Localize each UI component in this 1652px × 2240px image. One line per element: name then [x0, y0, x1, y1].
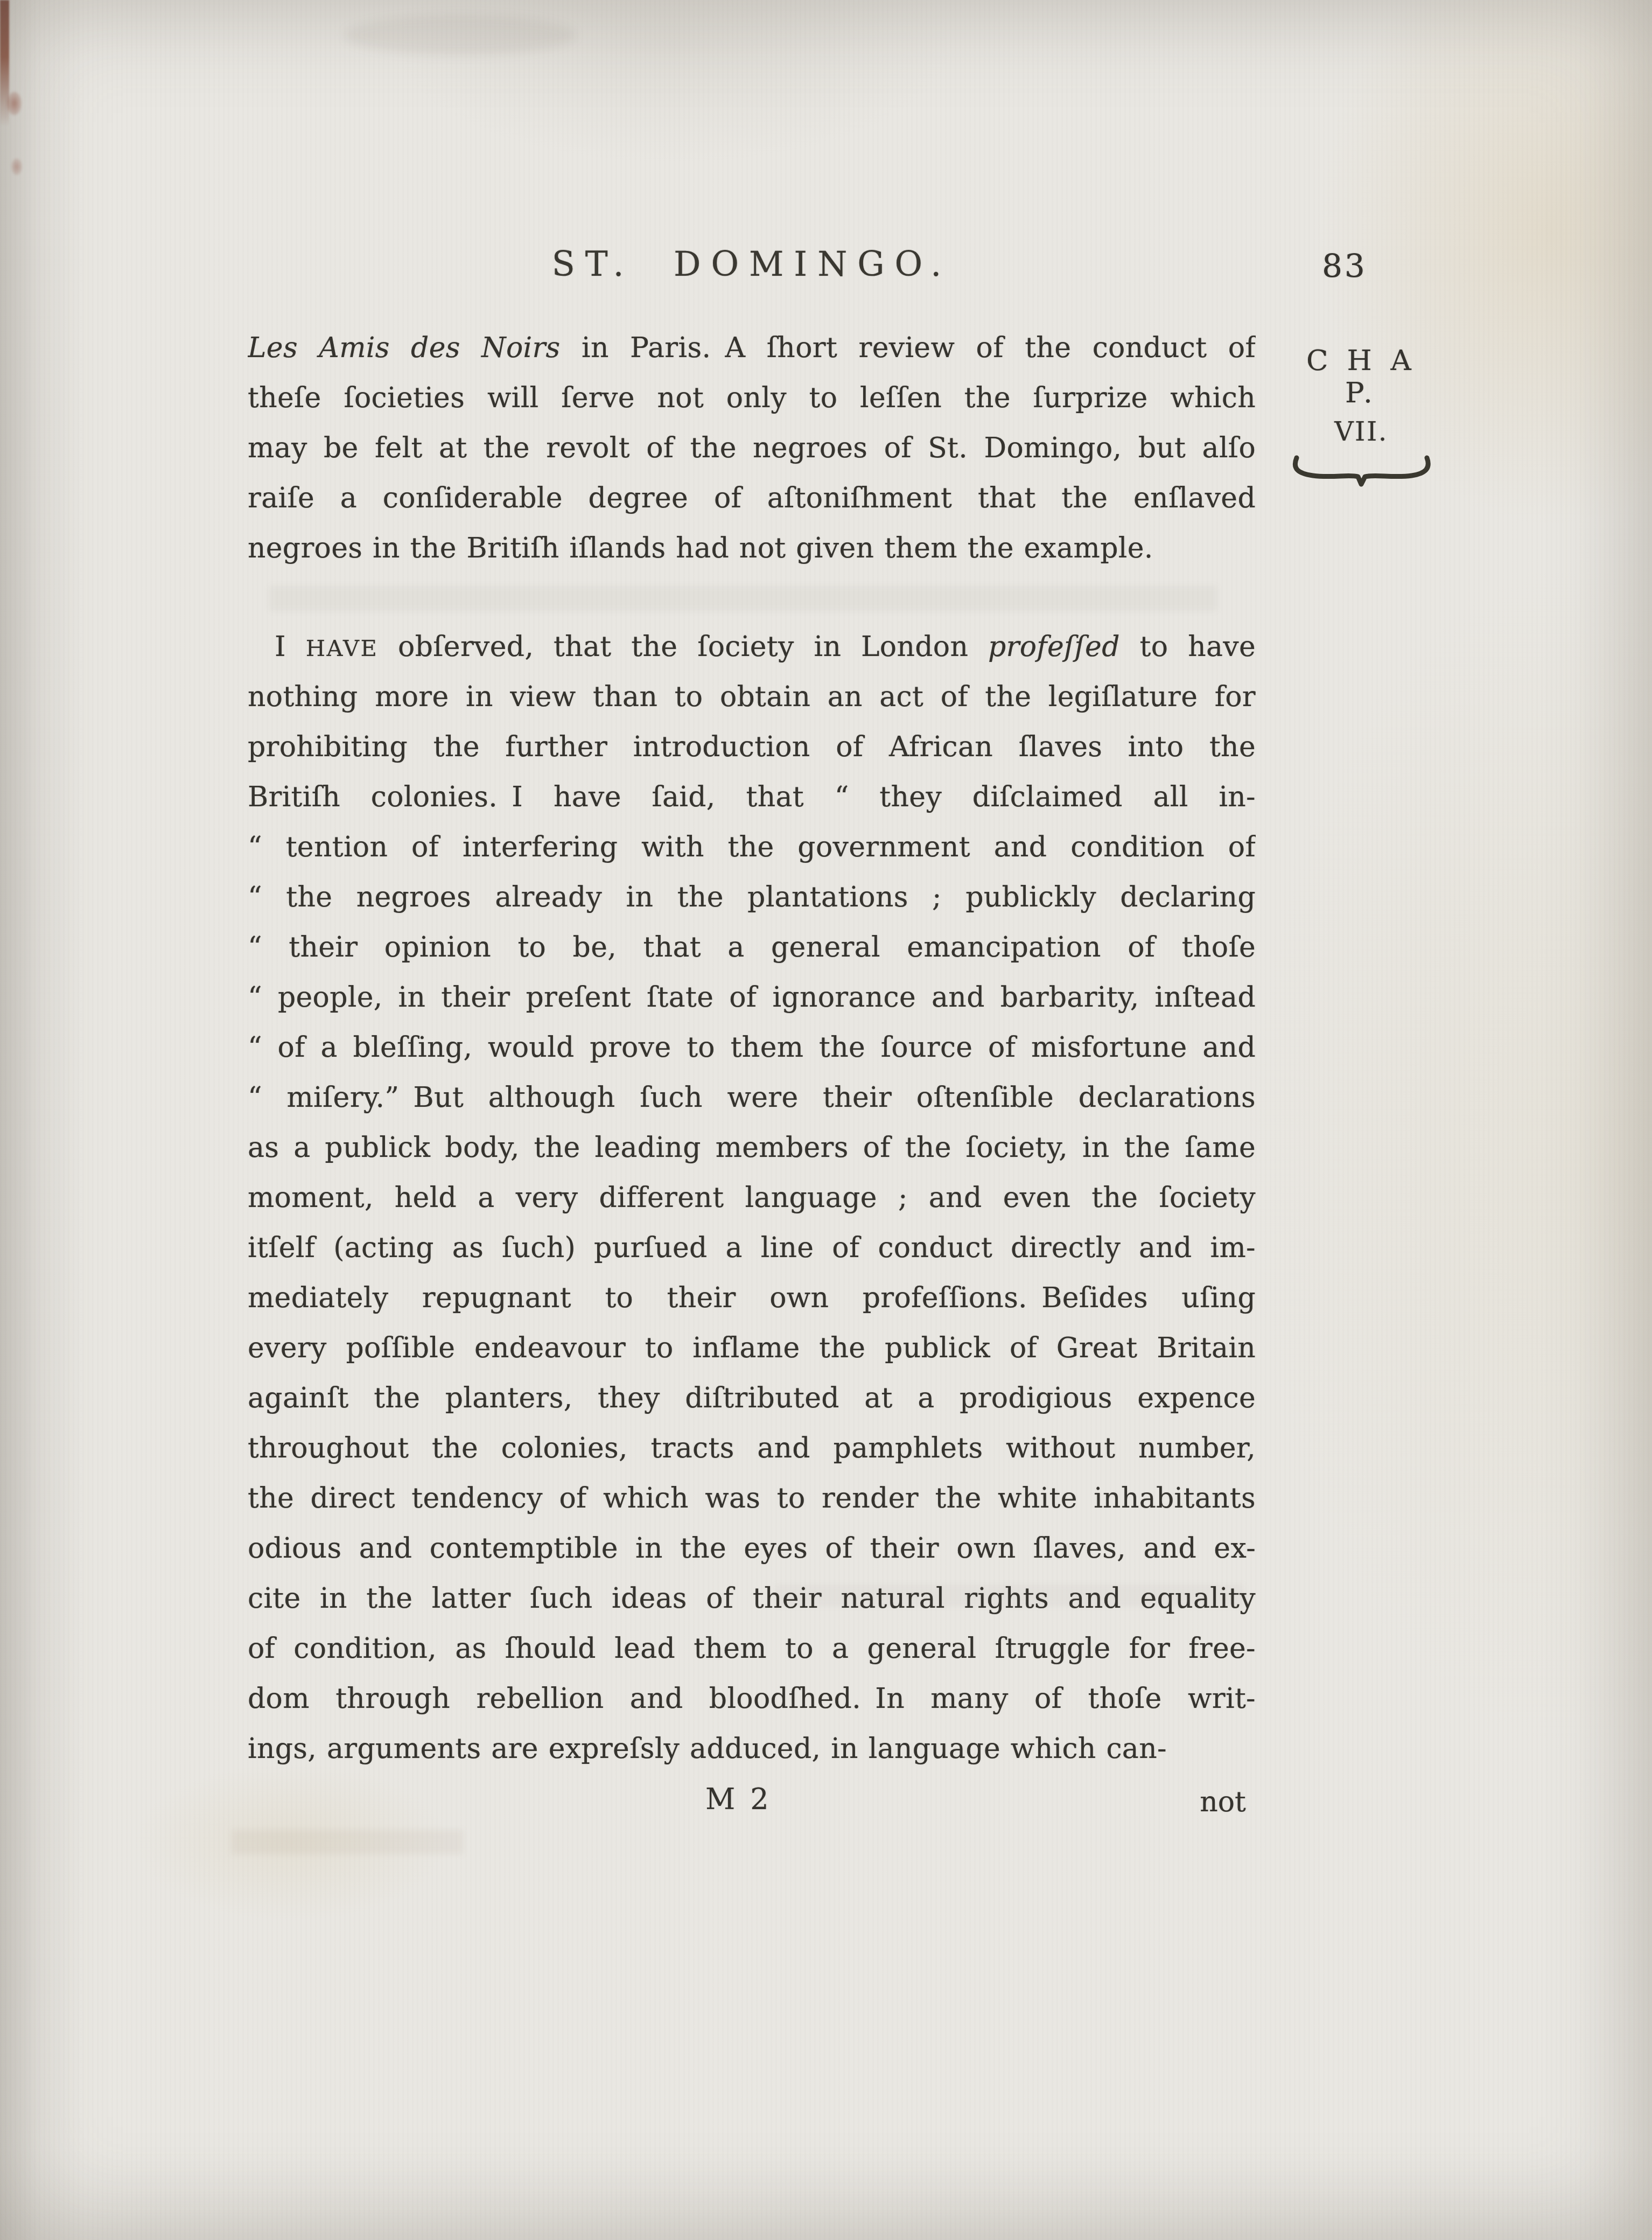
signature-mark: M 2	[705, 1774, 772, 1824]
body-line: raiſe a conſiderable degree of aſtoniſhm…	[248, 473, 1256, 524]
text-segment: “ miſery.” But although ſuch were their …	[248, 1081, 1256, 1114]
running-header: ST. DOMINGO.	[248, 243, 1256, 285]
catchword: not	[1200, 1777, 1246, 1827]
body-line: as a publick body, the leading members o…	[248, 1123, 1256, 1173]
page-number: 83	[1322, 248, 1408, 285]
text-segment: odious and contemptible in the eyes of t…	[248, 1532, 1256, 1565]
body-line: “ of a bleſſing, would prove to them the…	[248, 1023, 1256, 1073]
text-segment: “ the negroes already in the plantations…	[248, 881, 1256, 913]
text-segment: “ of a bleſſing, would prove to them the…	[248, 1031, 1256, 1064]
body-line: negroes in the Britiſh iſlands had not g…	[248, 524, 1256, 574]
text-segment: againſt the planters, they diſtributed a…	[248, 1382, 1256, 1414]
text-segment: Les Amis des Noirs	[248, 332, 561, 364]
text-segment: of condition, as ſhould lead them to a g…	[248, 1632, 1256, 1665]
text-segment: HAVE	[306, 635, 379, 661]
text-segment: as a publick body, the leading members o…	[248, 1132, 1256, 1164]
body-line: itſelf (acting as ſuch) purſued a line o…	[248, 1223, 1256, 1273]
body-line: “ their opinion to be, that a general em…	[248, 923, 1256, 973]
text-segment: negroes in the Britiſh iſlands had not g…	[248, 532, 1153, 564]
text-segment: I	[275, 631, 306, 663]
text-segment: the direct tendency of which was to rend…	[248, 1482, 1256, 1515]
text-segment: moment, held a very different language ;…	[248, 1182, 1256, 1214]
text-segment: theſe ſocieties will ſerve not only to l…	[248, 382, 1256, 414]
body-line: nothing more in view than to obtain an a…	[248, 672, 1256, 722]
body-line: of condition, as ſhould lead them to a g…	[248, 1624, 1256, 1674]
text-segment: profeſſed	[988, 631, 1120, 663]
chapter-number: VII.	[1286, 417, 1437, 447]
body-line: may be felt at the revolt of the negroes…	[248, 423, 1256, 473]
text-segment: may be felt at the revolt of the negroes…	[248, 432, 1256, 464]
body-line: Britiſh colonies. I have ſaid, that “ th…	[248, 772, 1256, 822]
text-segment: every poſſible endeavour to inflame the …	[248, 1332, 1256, 1364]
text-segment: Britiſh colonies. I have ſaid, that “ th…	[248, 781, 1256, 813]
text-segment: nothing more in view than to obtain an a…	[248, 681, 1256, 713]
text-segment: prohibiting the further introduction of …	[248, 731, 1256, 763]
text-segment: throughout the colonies, tracts and pamp…	[248, 1432, 1256, 1464]
text-segment: mediately repugnant to their own profeſſ…	[248, 1282, 1256, 1314]
text-segment: obſerved, that the ſociety in London	[378, 631, 988, 663]
text-segment: “ people, in their preſent ſtate of igno…	[248, 981, 1256, 1014]
paper-stain	[7, 92, 22, 115]
body-line: dom through rebellion and bloodſhed. In …	[248, 1674, 1256, 1724]
chapter-label: C H A P.	[1286, 345, 1437, 409]
body-line: the direct tendency of which was to rend…	[248, 1474, 1256, 1524]
body-line: odious and contemptible in the eyes of t…	[248, 1524, 1256, 1574]
body-line: cite in the latter ſuch ideas of their n…	[248, 1574, 1256, 1624]
text-segment: dom through rebellion and bloodſhed. In …	[248, 1683, 1256, 1715]
chapter-brace-ornament	[1286, 453, 1437, 490]
text-segment: in Paris. A ſhort review of the conduct …	[561, 332, 1256, 364]
body-paragraphs: Les Amis des Noirs in Paris. A ſhort rev…	[248, 323, 1256, 1774]
body-line: moment, held a very different language ;…	[248, 1173, 1256, 1223]
body-line: againſt the planters, they diſtributed a…	[248, 1373, 1256, 1423]
paragraph: I HAVE obſerved, that the ſociety in Lon…	[248, 622, 1256, 1774]
text-segment: ings, arguments are expreſsly adduced, i…	[248, 1733, 1167, 1765]
text-segment: raiſe a conſiderable degree of aſtoniſhm…	[248, 482, 1256, 514]
bottom-row: M 2 not	[248, 1774, 1256, 1824]
body-line: prohibiting the further introduction of …	[248, 722, 1256, 772]
text-segment: “ tention of interfering with the govern…	[248, 831, 1256, 863]
body-line: mediately repugnant to their own profeſſ…	[248, 1273, 1256, 1323]
body-line: Les Amis des Noirs in Paris. A ſhort rev…	[248, 323, 1256, 373]
body-line: “ miſery.” But although ſuch were their …	[248, 1073, 1256, 1123]
paper-stain	[345, 15, 576, 55]
text-segment: cite in the latter ſuch ideas of their n…	[248, 1582, 1256, 1615]
paper-stain	[0, 0, 9, 127]
text-segment: “ their opinion to be, that a general em…	[248, 931, 1256, 964]
paragraph: Les Amis des Noirs in Paris. A ſhort rev…	[248, 323, 1256, 574]
body-line: “ the negroes already in the plantations…	[248, 873, 1256, 923]
body-line: theſe ſocieties will ſerve not only to l…	[248, 373, 1256, 423]
body-line: “ people, in their preſent ſtate of igno…	[248, 973, 1256, 1023]
page-body-text: Les Amis des Noirs in Paris. A ſhort rev…	[248, 323, 1256, 1824]
body-line: “ tention of interfering with the govern…	[248, 822, 1256, 873]
body-line: I HAVE obſerved, that the ſociety in Lon…	[248, 622, 1256, 672]
body-line: throughout the colonies, tracts and pamp…	[248, 1423, 1256, 1474]
text-segment: to have	[1120, 631, 1256, 663]
text-segment: itſelf (acting as ſuch) purſued a line o…	[248, 1232, 1256, 1264]
body-line: every poſſible endeavour to inflame the …	[248, 1323, 1256, 1373]
paper-stain	[11, 158, 22, 175]
chapter-margin-note: C H A P. VII.	[1286, 345, 1437, 490]
show-through-ghost-text	[232, 1830, 463, 1854]
body-line: ings, arguments are expreſsly adduced, i…	[248, 1724, 1256, 1774]
book-page-scan: ST. DOMINGO. 83 C H A P. VII. Les Amis d…	[0, 0, 1652, 2240]
